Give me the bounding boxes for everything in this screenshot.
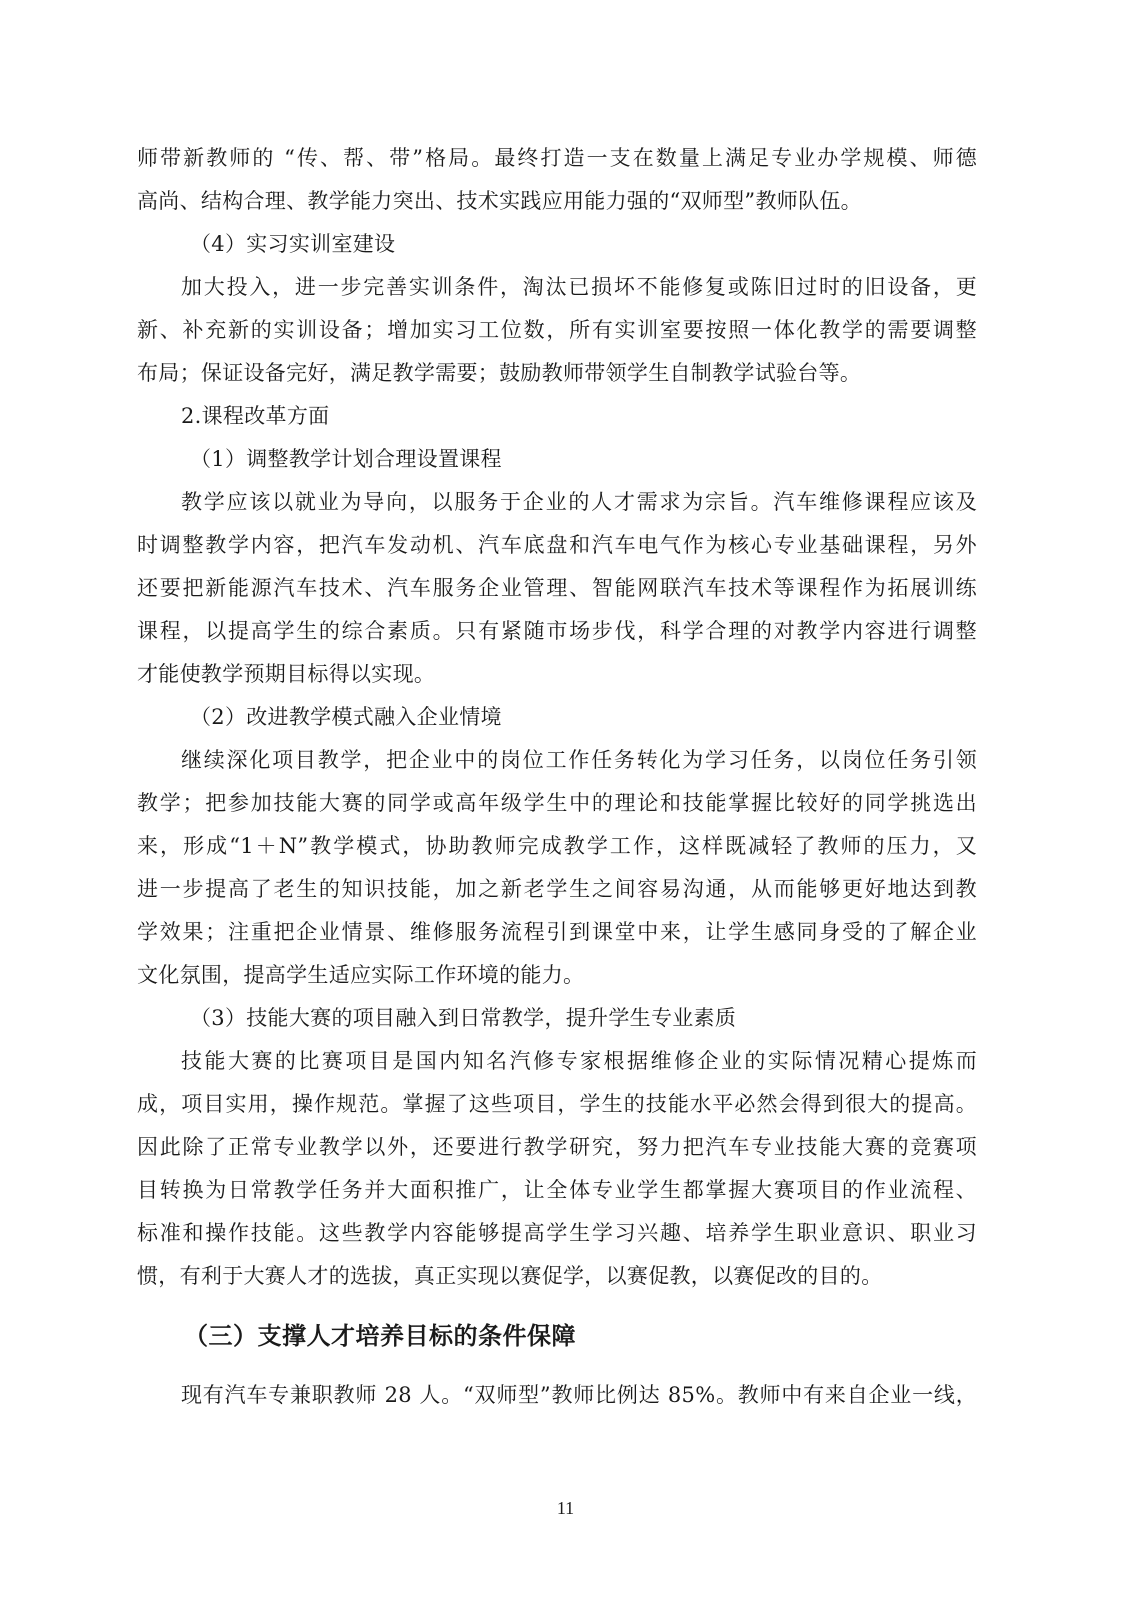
paragraph-line: 教学；把参加技能大赛的同学或高年级学生中的理论和技能掌握比较好的同学挑选出 xyxy=(137,788,977,818)
document-page: 师带新教师的 “传、帮、带”格局。最终打造一支在数量上满足专业办学规模、师德 高… xyxy=(0,0,1131,1600)
paragraph-line: 成，项目实用，操作规范。掌握了这些项目，学生的技能水平必然会得到很大的提高。 xyxy=(137,1089,977,1119)
paragraph-line: 还要把新能源汽车技术、汽车服务企业管理、智能网联汽车技术等课程作为拓展训练 xyxy=(137,573,977,603)
paragraph-line: 才能使教学预期目标得以实现。 xyxy=(137,659,977,689)
paragraph-line: 布局；保证设备完好，满足教学需要；鼓励教师带领学生自制教学试验台等。 xyxy=(137,358,977,388)
paragraph-line: 教学应该以就业为导向，以服务于企业的人才需求为宗旨。汽车维修课程应该及 xyxy=(181,487,977,517)
paragraph-line: 目转换为日常教学任务并大面积推广，让全体专业学生都掌握大赛项目的作业流程、 xyxy=(137,1175,977,1205)
subsection-title: （2）改进教学模式融入企业情境 xyxy=(190,702,1030,732)
paragraph-line: 课程，以提高学生的综合素质。只有紧随市场步伐，科学合理的对教学内容进行调整 xyxy=(137,616,977,646)
paragraph-line: 时调整教学内容，把汽车发动机、汽车底盘和汽车电气作为核心专业基础课程，另外 xyxy=(137,530,977,560)
section-heading: （三）支撑人才培养目标的条件保障 xyxy=(184,1320,576,1352)
subsection-title: （3）技能大赛的项目融入到日常教学，提升学生专业素质 xyxy=(190,1003,1030,1033)
paragraph-line: 惯，有利于大赛人才的选拔，真正实现以赛促学，以赛促教，以赛促改的目的。 xyxy=(137,1261,977,1291)
paragraph-line: 文化氛围，提高学生适应实际工作环境的能力。 xyxy=(137,960,977,990)
paragraph-line: 继续深化项目教学，把企业中的岗位工作任务转化为学习任务，以岗位任务引领 xyxy=(181,745,977,775)
paragraph-line: 技能大赛的比赛项目是国内知名汽修专家根据维修企业的实际情况精心提炼而 xyxy=(181,1046,977,1076)
paragraph-line: 来，形成“1＋N”教学模式，协助教师完成教学工作，这样既减轻了教师的压力，又 xyxy=(137,831,977,861)
paragraph-line: 新、补充新的实训设备；增加实习工位数，所有实训室要按照一体化教学的需要调整 xyxy=(137,315,977,345)
paragraph-line: 师带新教师的 “传、帮、带”格局。最终打造一支在数量上满足专业办学规模、师德 xyxy=(137,143,977,173)
paragraph-line: 标准和操作技能。这些教学内容能够提高学生学习兴趣、培养学生职业意识、职业习 xyxy=(137,1218,977,1248)
paragraph-line: 加大投入，进一步完善实训条件，淘汰已损坏不能修复或陈旧过时的旧设备，更 xyxy=(181,272,977,302)
section-title: 2.课程改革方面 xyxy=(181,401,977,431)
subsection-title: （4）实习实训室建设 xyxy=(190,229,1030,259)
page-number: 11 xyxy=(0,1498,1131,1519)
paragraph-line: 进一步提高了老生的知识技能，加之新老学生之间容易沟通，从而能够更好地达到教 xyxy=(137,874,977,904)
paragraph-line: 因此除了正常专业教学以外，还要进行教学研究，努力把汽车专业技能大赛的竞赛项 xyxy=(137,1132,977,1162)
paragraph-line: 现有汽车专兼职教师 28 人。“双师型”教师比例达 85%。教师中有来自企业一线… xyxy=(181,1380,977,1410)
paragraph-line: 高尚、结构合理、教学能力突出、技术实践应用能力强的“双师型”教师队伍。 xyxy=(137,186,977,216)
paragraph-line: 学效果；注重把企业情景、维修服务流程引到课堂中来，让学生感同身受的了解企业 xyxy=(137,917,977,947)
subsection-title: （1）调整教学计划合理设置课程 xyxy=(190,444,1030,474)
